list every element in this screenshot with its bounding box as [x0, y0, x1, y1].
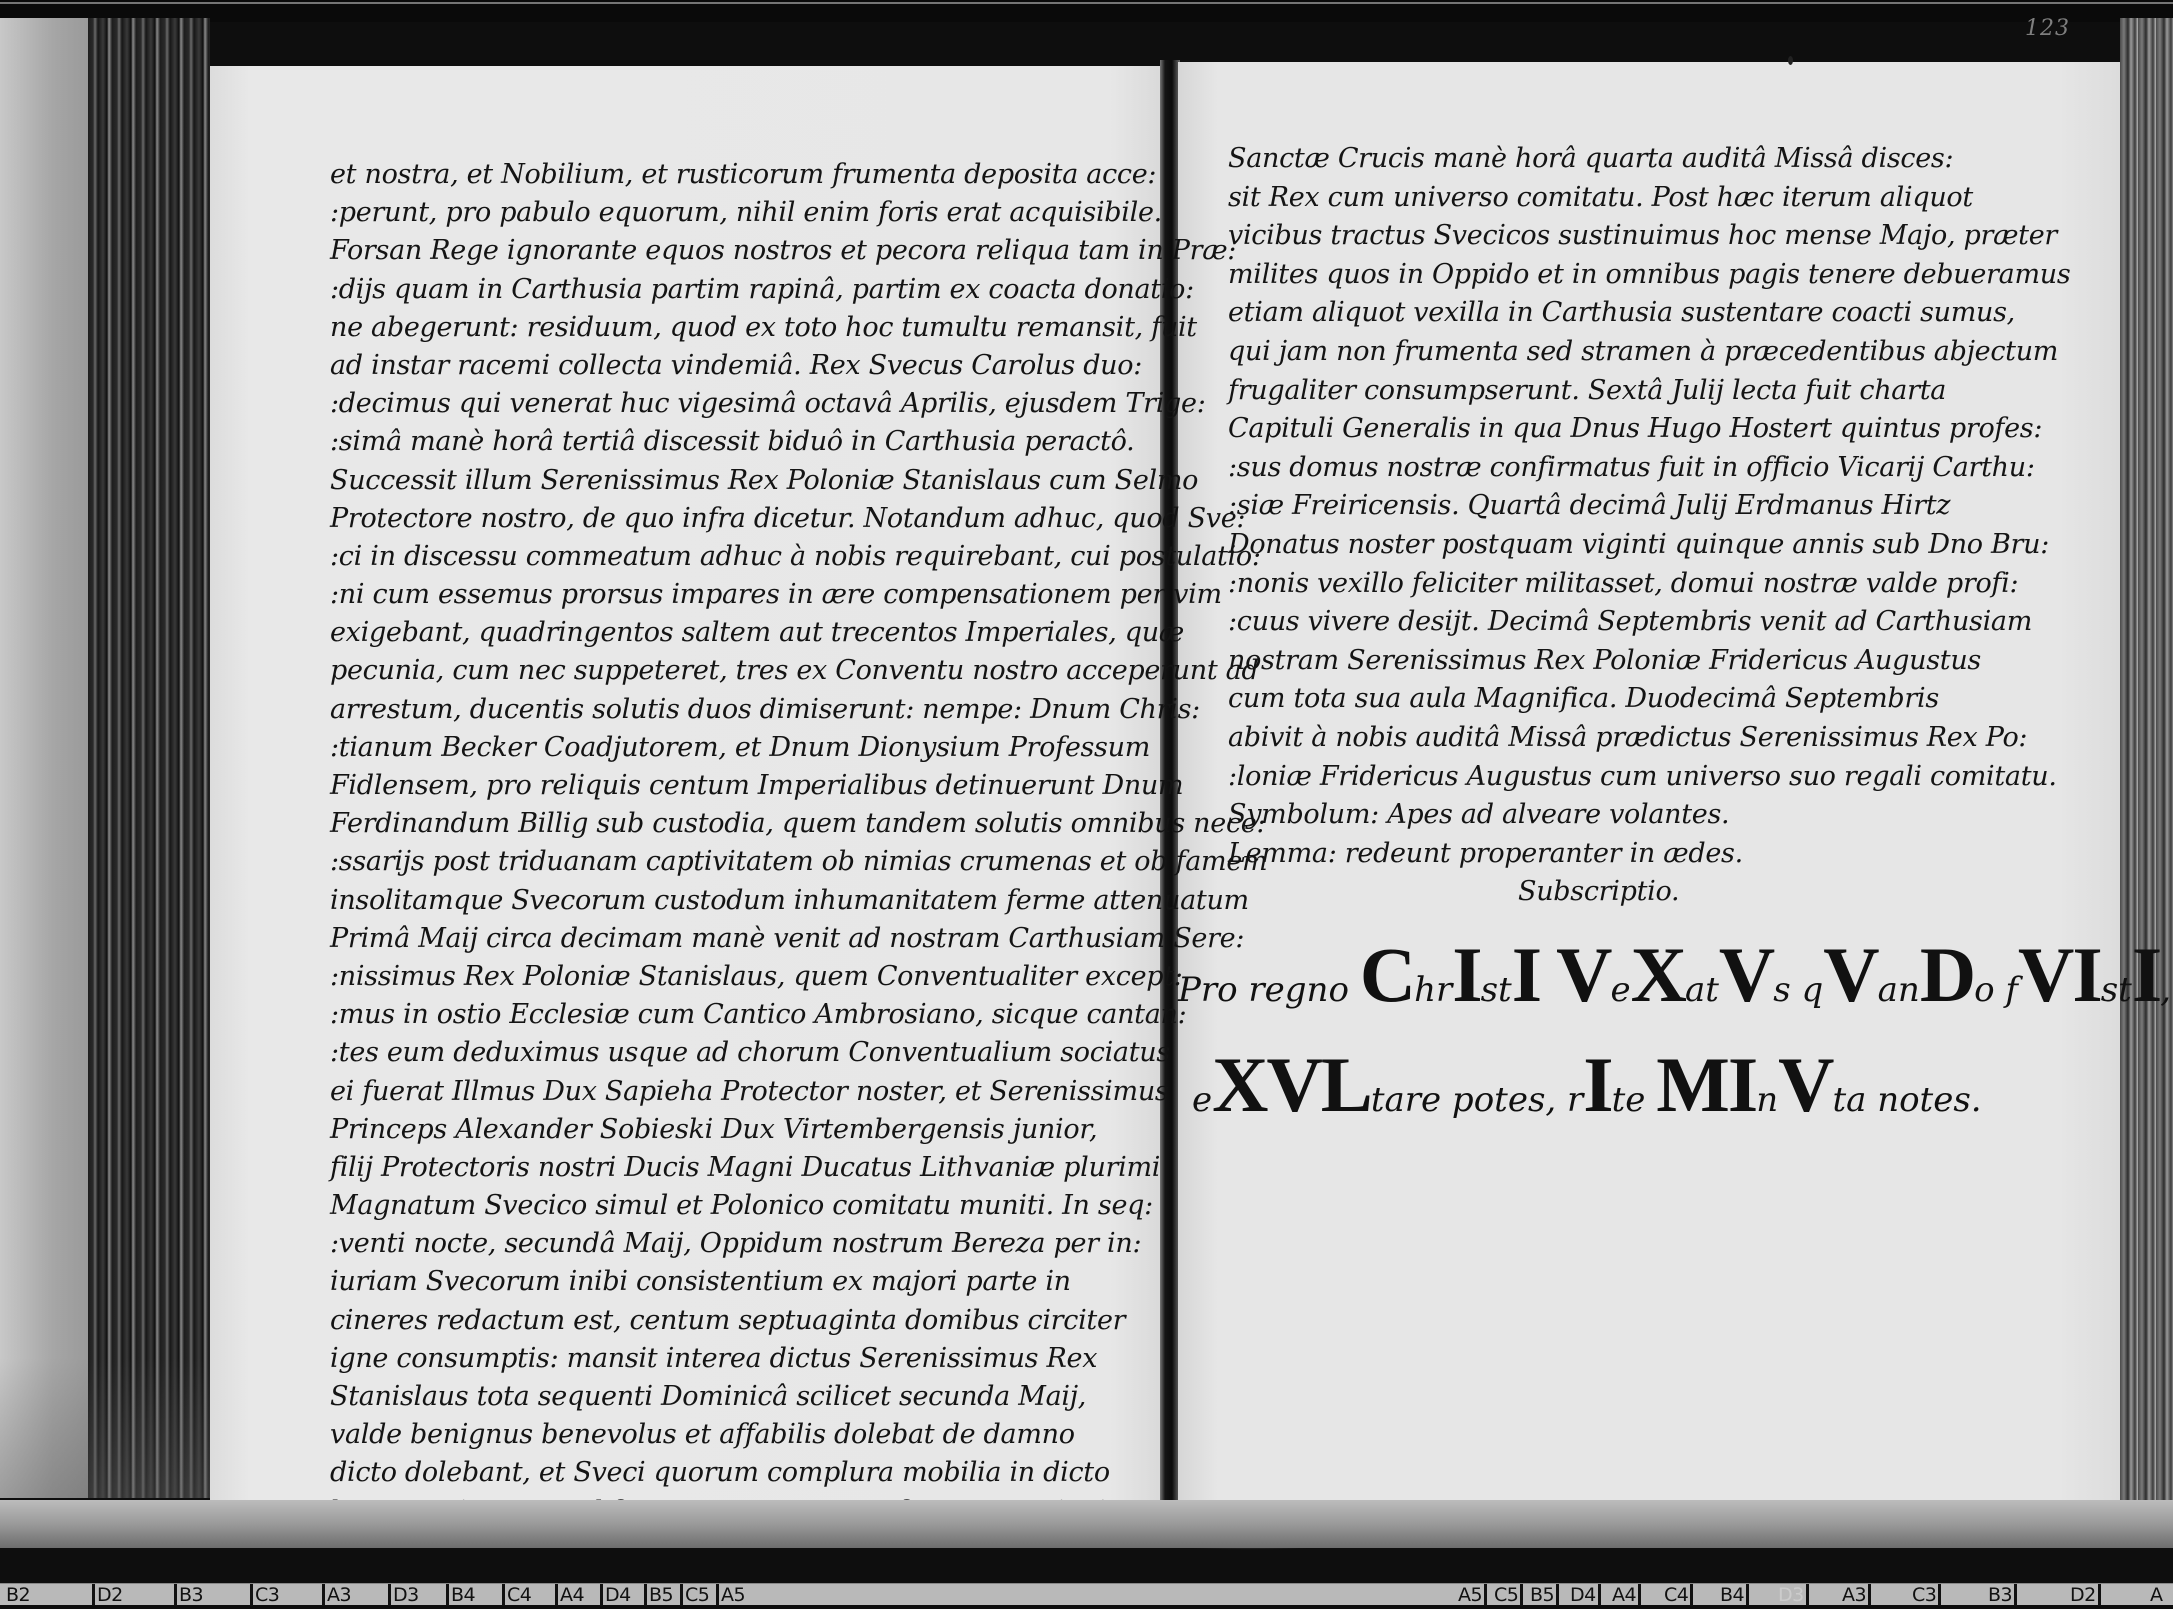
lemma-line: Lemma: redeunt properanter in ædes.: [1228, 835, 2070, 874]
text-line: :nissimus Rex Poloniæ Stanislaus, quem C…: [330, 958, 1267, 996]
calibration-label: D2: [2070, 1584, 2101, 1606]
text-line: etiam aliquot vexilla in Carthusia suste…: [1228, 294, 2070, 333]
text-line: Magnatum Svecico simul et Polonico comit…: [330, 1187, 1267, 1225]
chronogram-numeral: V: [1556, 931, 1610, 1018]
calibration-label: B5: [1530, 1584, 1559, 1606]
text-line: Protectore nostro, de quo infra dicetur.…: [330, 500, 1267, 538]
calibration-label: C4: [502, 1584, 531, 1606]
text-line: iuriam Svecorum inibi consistentium ex m…: [330, 1263, 1267, 1301]
chronogram-text: an: [1878, 970, 1920, 1010]
text-line: :dijs quam in Carthusia partim rapinâ, p…: [330, 271, 1267, 309]
chronogram-text: at: [1685, 970, 1719, 1010]
calibration-label: C3: [1912, 1584, 1941, 1606]
calibration-label: B2: [6, 1584, 30, 1606]
text-line: abivit à nobis auditâ Missâ prædictus Se…: [1228, 719, 2070, 758]
scan-top-rule: [0, 2, 2173, 4]
symbolum-line: Symbolum: Apes ad alveare volantes.: [1228, 796, 2070, 835]
text-line: insolitamque Svecorum custodum inhumanit…: [330, 882, 1267, 920]
right-page-text: Sanctæ Crucis manè horâ quarta auditâ Mi…: [1228, 140, 2070, 912]
text-line: :venti nocte, secundâ Maij, Oppidum nost…: [330, 1225, 1267, 1263]
calibration-label: A4: [1612, 1584, 1641, 1606]
calibration-label: B5: [644, 1584, 673, 1606]
calibration-label: D4: [1570, 1584, 1601, 1606]
chronogram-numeral: I: [1452, 931, 1480, 1018]
chronogram-numeral: I: [2132, 931, 2160, 1018]
text-line: Donatus noster postquam viginti quinque …: [1228, 526, 2070, 565]
text-line: :tes eum deduximus usque ad chorum Conve…: [330, 1034, 1267, 1072]
text-line: :ci in discessu commeatum adhuc à nobis …: [330, 538, 1267, 576]
chronogram-text: st: [2101, 970, 2132, 1010]
folio-number: 123: [2025, 16, 2070, 41]
chronogram-text: tare potes, r: [1371, 1080, 1583, 1120]
calibration-label: C5: [1494, 1584, 1523, 1606]
chronogram-text: hr: [1414, 970, 1452, 1010]
text-line: :tianum Becker Coadjutorem, et Dnum Dion…: [330, 729, 1267, 767]
text-line: ne abegerunt: residuum, quod ex toto hoc…: [330, 309, 1267, 347]
text-line: :decimus qui venerat huc vigesimâ octavâ…: [330, 385, 1267, 423]
text-line: ei fuerat Illmus Dux Sapieha Protector n…: [330, 1073, 1267, 1111]
chronogram: Pro regno ChrIstI VeXatVs qVanDo fVIstI,…: [1178, 920, 2108, 1140]
text-line: :cuus vivere desijt. Decimâ Septembris v…: [1228, 603, 2070, 642]
calibration-label: B4: [1720, 1584, 1749, 1606]
text-line: dicto dolebant, et Sveci quorum complura…: [330, 1454, 1267, 1492]
chronogram-numeral: VI: [2018, 931, 2101, 1018]
text-line: nostram Serenissimus Rex Poloniæ Frideri…: [1228, 642, 2070, 681]
text-line: frugaliter consumpserunt. Sextâ Julij le…: [1228, 372, 2070, 411]
text-line: vicibus tractus Svecicos sustinuimus hoc…: [1228, 217, 2070, 256]
chronogram-text: e: [1192, 1080, 1212, 1120]
chronogram-text: ,: [2160, 970, 2171, 1010]
text-line: :loniæ Fridericus Augustus cum universo …: [1228, 758, 2070, 797]
text-line: valde benignus benevolus et affabilis do…: [330, 1416, 1267, 1454]
text-line: et nostra, et Nobilium, et rusticorum fr…: [330, 156, 1267, 194]
calibration-label: B4: [446, 1584, 475, 1606]
text-line: Successit illum Serenissimus Rex Poloniæ…: [330, 462, 1267, 500]
calibration-label: D3: [1778, 1584, 1809, 1606]
chronogram-text: e: [1611, 970, 1631, 1010]
calibration-label: C4: [1664, 1584, 1693, 1606]
chronogram-numeral: V: [1778, 1041, 1832, 1128]
chronogram-numeral: X: [1631, 931, 1685, 1018]
calibration-label: C3: [250, 1584, 279, 1606]
chronogram-numeral: C: [1360, 931, 1414, 1018]
chronogram-text: n: [1756, 1080, 1778, 1120]
calibration-label: A5: [716, 1584, 745, 1606]
text-line: qui jam non frumenta sed stramen à præce…: [1228, 333, 2070, 372]
text-line: cineres redactum est, centum septuaginta…: [330, 1302, 1267, 1340]
chronogram-text: o f: [1974, 970, 2018, 1010]
calibration-label: A3: [322, 1584, 351, 1606]
calibration-label: D4: [600, 1584, 631, 1606]
text-line: :siæ Freiricensis. Quartâ decimâ Julij E…: [1228, 487, 2070, 526]
text-line: filij Protectoris nostri Ducis Magni Duc…: [330, 1149, 1267, 1187]
text-line: Capituli Generalis in qua Dnus Hugo Host…: [1228, 410, 2070, 449]
chronogram-text: ta notes.: [1832, 1080, 1981, 1120]
chronogram-line-1: Pro regno ChrIstI VeXatVs qVanDo fVIstI,: [1178, 920, 2108, 1030]
text-line: Princeps Alexander Sobieski Dux Virtembe…: [330, 1111, 1267, 1149]
text-line: sit Rex cum universo comitatu. Post hæc …: [1228, 179, 2070, 218]
calibration-label: D3: [388, 1584, 419, 1606]
chronogram-numeral: V: [1823, 931, 1877, 1018]
text-line: :sus domus nostræ confirmatus fuit in of…: [1228, 449, 2070, 488]
text-line: Forsan Rege ignorante equos nostros et p…: [330, 232, 1267, 270]
subscriptio-heading: Subscriptio.: [1228, 873, 2070, 912]
chronogram-numeral: I: [1728, 1041, 1756, 1128]
chronogram-numeral: XVL: [1212, 1041, 1371, 1128]
text-line: :perunt, pro pabulo equorum, nihil enim …: [330, 194, 1267, 232]
text-line: :mus in ostio Ecclesiæ cum Cantico Ambro…: [330, 996, 1267, 1034]
chronogram-text: Pro regno: [1178, 970, 1360, 1010]
text-line: Sanctæ Crucis manè horâ quarta auditâ Mi…: [1228, 140, 2070, 179]
text-line: Primâ Maij circa decimam manè venit ad n…: [330, 920, 1267, 958]
chronogram-numeral: I: [1512, 931, 1556, 1018]
chronogram-text: s q: [1773, 970, 1823, 1010]
book-block-edges-left: [0, 18, 210, 1498]
page-edges-stack: [88, 18, 210, 1498]
calibration-label: C5: [680, 1584, 709, 1606]
chronogram-numeral: D: [1920, 931, 1974, 1018]
calibration-label: A3: [1842, 1584, 1871, 1606]
calibration-label: D2: [92, 1584, 123, 1606]
calibration-label: B3: [174, 1584, 203, 1606]
calibration-label: A: [2150, 1584, 2163, 1606]
calibration-label: B3: [1988, 1584, 2017, 1606]
text-line: :simâ manè horâ tertiâ discessit biduô i…: [330, 423, 1267, 461]
text-line: arrestum, ducentis solutis duos dimiseru…: [330, 691, 1267, 729]
edge-shadow: [0, 1358, 210, 1498]
ink-blot: [1788, 56, 1793, 65]
left-page-text: et nostra, et Nobilium, et rusticorum fr…: [330, 156, 1267, 1531]
book-block-edges-right: [2120, 18, 2173, 1528]
chronogram-numeral: M: [1656, 1041, 1728, 1128]
text-line: milites quos in Oppido et in omnibus pag…: [1228, 256, 2070, 295]
text-line: :nonis vexillo feliciter militasset, dom…: [1228, 565, 2070, 604]
text-line: :ni cum essemus prorsus impares in ære c…: [330, 576, 1267, 614]
text-line: Fidlensem, pro reliquis centum Imperiali…: [330, 767, 1267, 805]
page-bottom-shadow: [0, 1500, 2173, 1548]
text-line: :ssarijs post triduanam captivitatem ob …: [330, 843, 1267, 881]
calibration-label: A5: [1458, 1584, 1487, 1606]
text-line: Stanislaus tota sequenti Dominicâ scilic…: [330, 1378, 1267, 1416]
chronogram-line-2: eXVLtare potes, rIte MInVta notes.: [1178, 1030, 2108, 1140]
chronogram-numeral: I: [1583, 1041, 1611, 1128]
text-line: ad instar racemi collecta vindemiâ. Rex …: [330, 347, 1267, 385]
chronogram-text: te: [1612, 1080, 1657, 1120]
chronogram-text: st: [1481, 970, 1512, 1010]
calibration-label: A4: [555, 1584, 584, 1606]
chronogram-numeral: V: [1719, 931, 1773, 1018]
book-cover-edge: [0, 18, 88, 1498]
text-line: Ferdinandum Billig sub custodia, quem ta…: [330, 805, 1267, 843]
text-line: cum tota sua aula Magnifica. Duodecimâ S…: [1228, 680, 2070, 719]
text-line: igne consumptis: mansit interea dictus S…: [330, 1340, 1267, 1378]
text-line: pecunia, cum nec suppeteret, tres ex Con…: [330, 652, 1267, 690]
text-line: exigebant, quadringentos saltem aut trec…: [330, 614, 1267, 652]
